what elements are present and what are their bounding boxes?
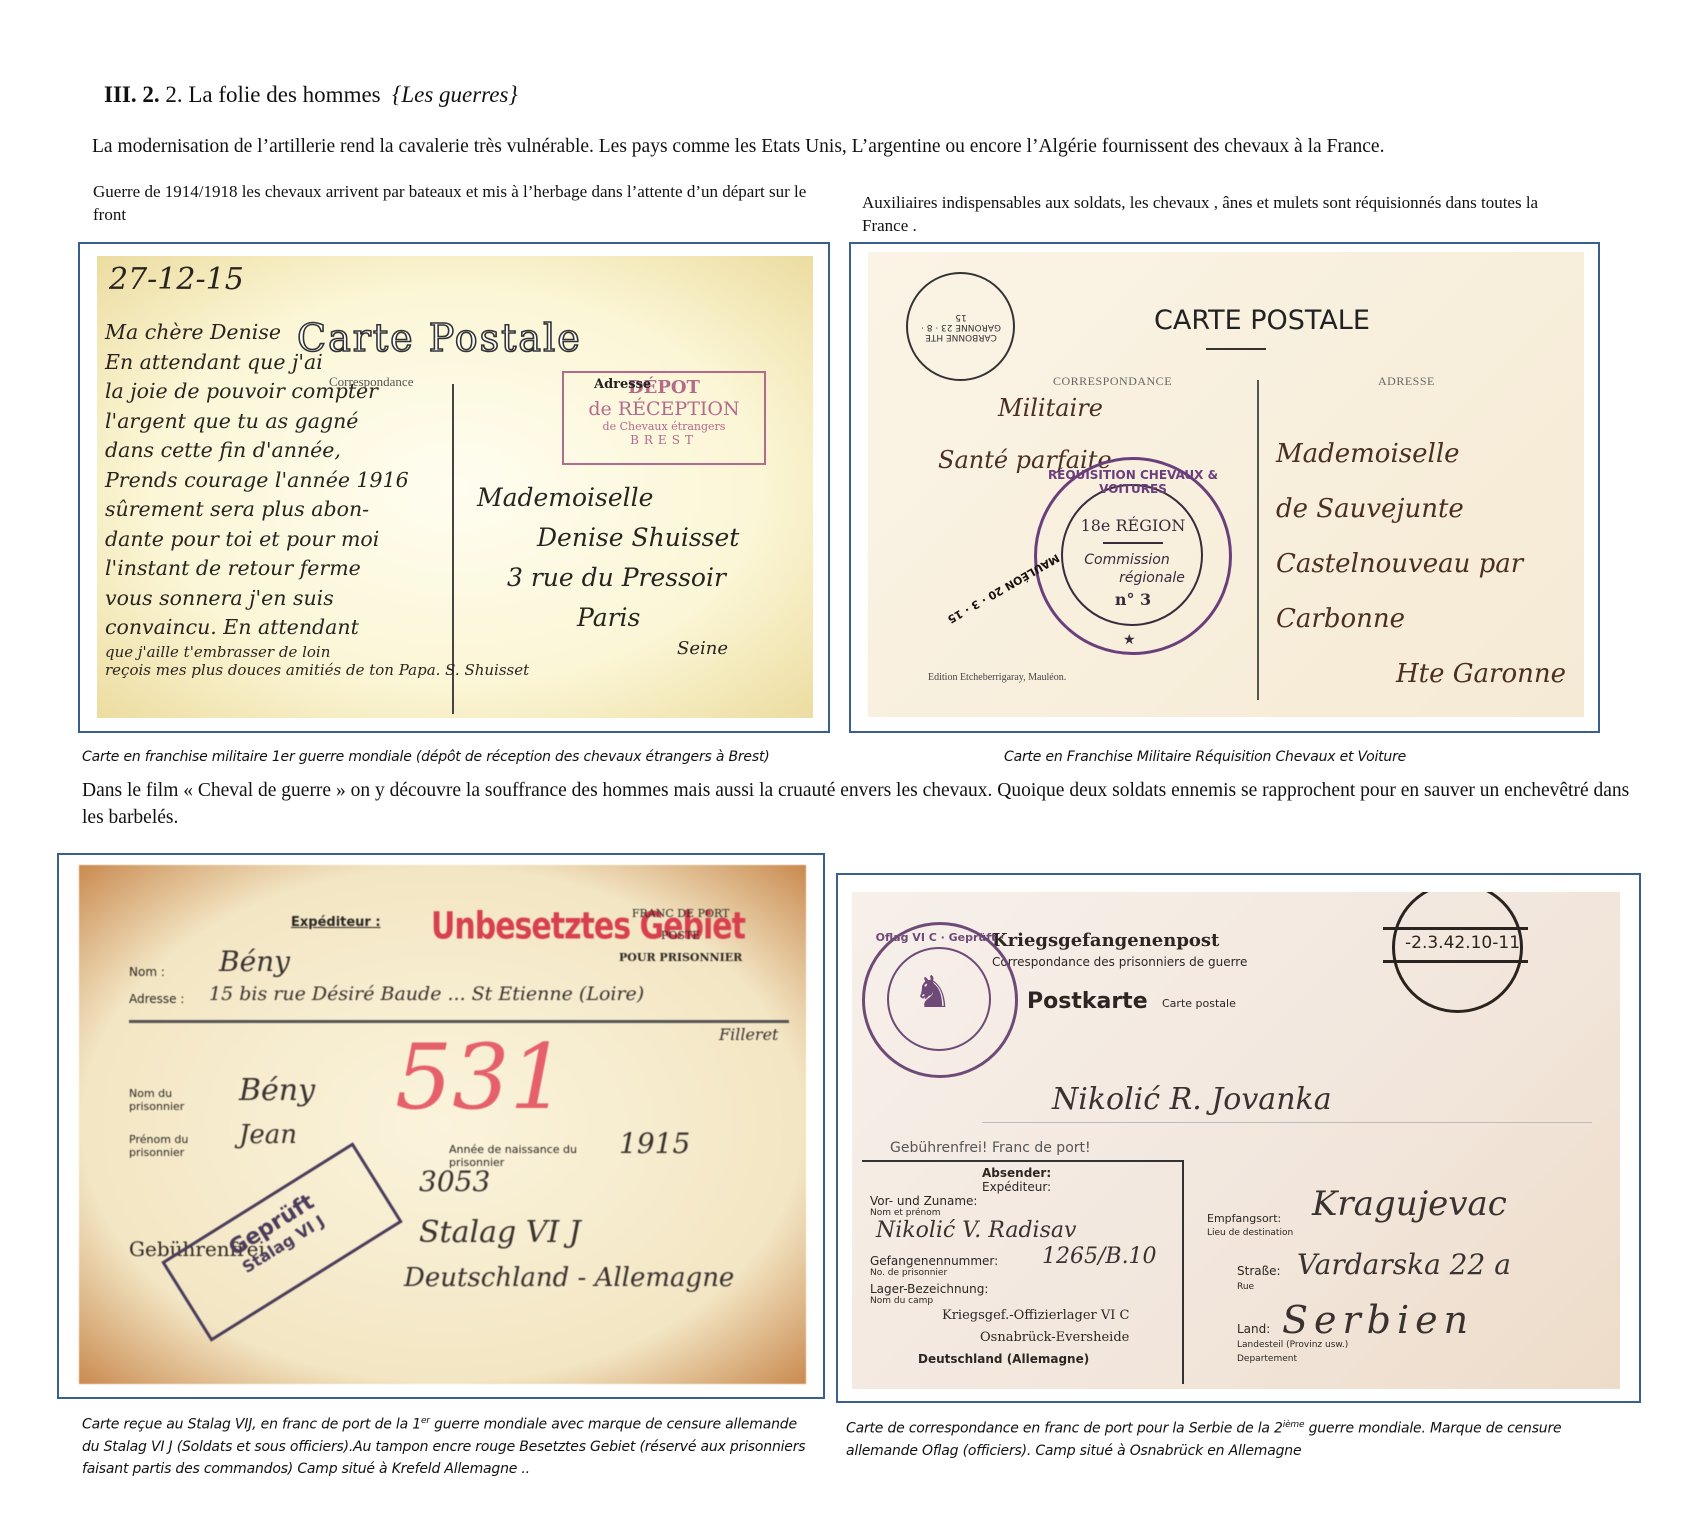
requisition-stamp: RÉQUISITION CHEVAUX & VOITURES 18e RÉGIO…	[1034, 457, 1232, 655]
card-address: Mademoiselle de Sauvejunte Castelnouveau…	[1276, 427, 1566, 702]
label-adresse: ADRESSE	[1378, 374, 1435, 389]
strasse-label: Straße:	[1237, 1264, 1281, 1278]
geprueft-censor-stamp: Geprüft Stalag VI J	[161, 1142, 402, 1341]
page-title: III. 2. 2. La folie des hommes {Les guer…	[104, 82, 518, 108]
postmark-carbonne: CARBONNE HTE GARONNE 23 · 8 · 15	[906, 272, 1015, 381]
addressee-rule	[982, 1122, 1592, 1123]
camp-name: Stalag VI J	[419, 1215, 581, 1250]
prisoner-nom: Bény	[239, 1073, 315, 1108]
nom-value: Bény	[219, 945, 290, 978]
intro-paragraph: La modernisation de l’artillerie rend la…	[92, 136, 1384, 158]
landesteil-label: Landesteil (Provinz usw.)	[1237, 1340, 1348, 1350]
destination-street: Vardarska 22 a	[1297, 1248, 1511, 1281]
prenom: Jean	[239, 1120, 297, 1150]
postcard-oflag: Kriegsgefangenenpost Correspondance des …	[852, 892, 1620, 1389]
card-message: Ma chère Denise En attendant que j'ai la…	[105, 318, 450, 679]
addressee-name: Nikolić R. Jovanka	[1052, 1082, 1332, 1117]
publisher-line: Edition Etcheberrigaray, Mauléon.	[928, 672, 1066, 683]
gebuhrenfrei-label: Gebührenfrei! Franc de port!	[890, 1140, 1091, 1156]
postcard-ww1-brest: 27-12-15 Carte Postale Correspondance DÉ…	[97, 256, 813, 718]
title-text: La folie des hommes	[188, 82, 380, 107]
caption-card-3: Carte reçue au Stalag VIJ, en franc de p…	[82, 1410, 812, 1480]
camp-country: Deutschland - Allemagne	[404, 1263, 734, 1293]
depot-reception-stamp: DÉPOT de RÉCEPTION de Chevaux étrangers …	[562, 371, 766, 465]
film-paragraph: Dans le film « Cheval de guerre » on y d…	[82, 777, 1642, 831]
note-left: Guerre de 1914/1918 les chevaux arrivent…	[93, 180, 833, 226]
card-address: Mademoiselle Denise Shuisset 3 rue du Pr…	[477, 478, 739, 660]
caption-card-4: Carte de correspondance en franc de port…	[846, 1414, 1606, 1462]
caption-card-1: Carte en franchise militaire 1er guerre …	[82, 746, 770, 768]
destination-country: Serbien	[1282, 1298, 1474, 1342]
header-fr: Correspondance des prisonniers de guerre	[992, 955, 1247, 969]
destination-city: Kragujevac	[1312, 1184, 1507, 1224]
oflag-censor-stamp: ♞ Oflag VI C · Geprüft ·	[862, 922, 1018, 1078]
red-number: 531	[395, 1025, 567, 1130]
carte-postale-label: Carte postale	[1162, 997, 1236, 1010]
kriegsgefangenenpost-header: Kriegsgefangenenpost	[992, 930, 1219, 951]
card-date: 27-12-15	[109, 262, 244, 297]
caption-card-2: Carte en Franchise Militaire Réquisition…	[1004, 746, 1406, 768]
card-printed-title: CARTE POSTALE	[1154, 305, 1370, 336]
sub-number: 2.	[165, 82, 182, 107]
title-subtitle: {Les guerres}	[392, 82, 518, 107]
postkarte-label: Postkarte	[1027, 989, 1148, 1014]
postcard-frame-4: Kriegsgefangenenpost Correspondance des …	[836, 873, 1641, 1403]
section-number: III. 2.	[104, 82, 160, 107]
nom-label: Nom :	[129, 965, 165, 979]
lieu-destination-label: Lieu de destination	[1207, 1228, 1293, 1238]
note-right: Auxiliaires indispensables aux soldats, …	[862, 191, 1582, 237]
empfangsort-label: Empfangsort:	[1207, 1212, 1281, 1225]
postcard-requisition: CARBONNE HTE GARONNE 23 · 8 · 15 CARTE P…	[868, 252, 1584, 717]
postcard-frame-1: 27-12-15 Carte Postale Correspondance DÉ…	[78, 242, 830, 733]
annee-naissance: 1915	[619, 1127, 690, 1160]
adresse-value: 15 bis rue Désiré Baude ... St Etienne (…	[209, 983, 644, 1005]
rue-label: Rue	[1237, 1282, 1254, 1292]
postmark-1942: -2.3.42.10-11	[1392, 892, 1523, 1013]
matricule: 3053	[419, 1165, 490, 1198]
land-label: Land:	[1237, 1322, 1270, 1336]
postcard-frame-2: CARBONNE HTE GARONNE 23 · 8 · 15 CARTE P…	[849, 242, 1600, 733]
adresse-extra: Filleret	[719, 1025, 778, 1044]
sender-box: Absender: Expéditeur: Vor- und Zuname: N…	[862, 1160, 1184, 1384]
title-ornament	[1206, 348, 1266, 350]
address-rule	[129, 1020, 789, 1023]
label-adresse: Adresse	[594, 377, 651, 392]
star-icon: ★	[1123, 632, 1136, 649]
horse-head-icon: ♞	[913, 967, 952, 1018]
expediteur-label: Expéditeur :	[291, 915, 381, 930]
adresse-label: Adresse :	[129, 992, 184, 1006]
prisoner-nom-label: Nom du prisonnier	[129, 1087, 209, 1113]
postcard-stalag: Expéditeur : Unbesetztes Gebiet FRANC DE…	[79, 865, 806, 1384]
prenom-label: Prénom du prisonnier	[129, 1133, 209, 1159]
postcard-frame-3: Expéditeur : Unbesetztes Gebiet FRANC DE…	[57, 853, 825, 1399]
franchise-block: FRANC DE PORT POSTE POUR PRISONNIER	[619, 903, 742, 969]
departement-label: Departement	[1237, 1354, 1297, 1364]
card-divider	[1257, 380, 1259, 700]
